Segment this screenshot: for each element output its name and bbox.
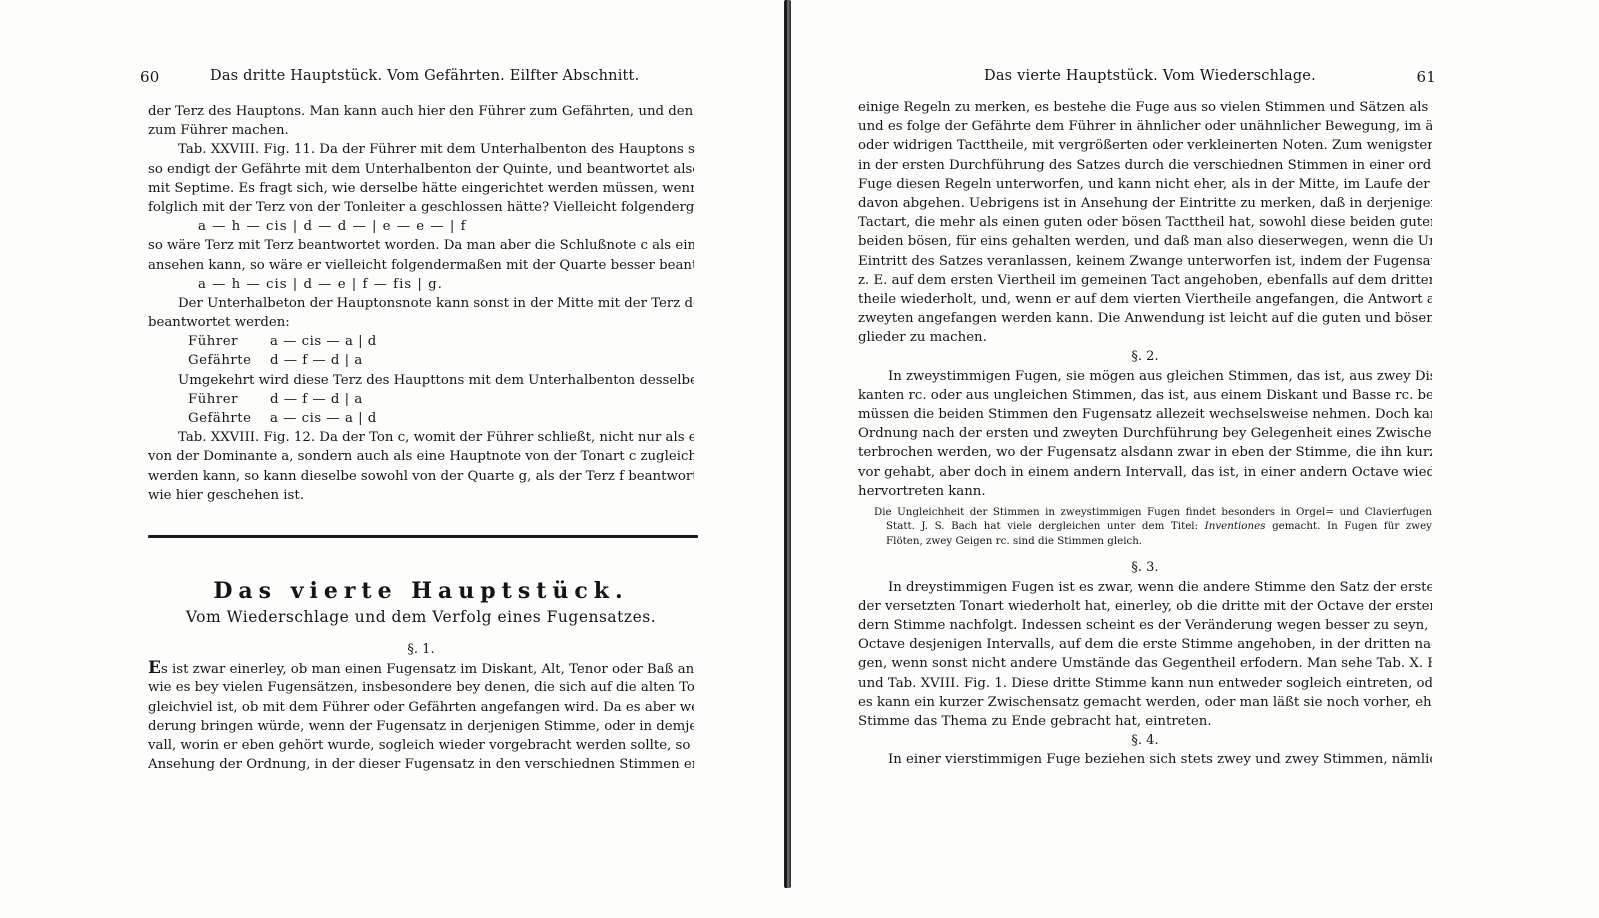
text-line: beantwortet werden: xyxy=(148,313,694,332)
voice-notes: a — cis — a | d xyxy=(270,411,377,426)
text-line: gen, wenn sonst nicht andere Umstände da… xyxy=(858,654,1432,673)
text-line: Der Unterhalbeton der Hauptonsnote kann … xyxy=(148,294,694,313)
chapter-title: Das vierte Hauptstück. xyxy=(148,578,694,604)
text-line: zum Führer machen. xyxy=(148,121,694,140)
voice-label: Gefährte xyxy=(188,351,270,370)
music-example-4-gefaehrte: Gefährtea — cis — a | d xyxy=(148,409,694,428)
voice-label: Führer xyxy=(188,332,270,351)
text-line: kanten rc. oder aus ungleichen Stimmen, … xyxy=(858,386,1432,405)
text-line: In einer vierstimmigen Fuge beziehen sic… xyxy=(858,750,1432,769)
section-mark: §. 2. xyxy=(858,347,1432,366)
text-line: derung bringen würde, wenn der Fugensatz… xyxy=(148,717,694,736)
text-line: so wäre Terz mit Terz beantwortet worden… xyxy=(148,236,694,255)
text-line: oder widrigen Tacttheile, mit vergrößert… xyxy=(858,136,1432,155)
running-head-title: Das vierte Hauptstück. Vom Wiederschlage… xyxy=(984,68,1316,84)
footnote-line: Flöten, zwey Geigen rc. sind die Stimmen… xyxy=(874,534,1432,549)
text-line: werden kann, so kann dieselbe sowohl von… xyxy=(148,467,694,486)
text-line: von der Dominante a, sondern auch als ei… xyxy=(148,447,694,466)
text-line: ansehen kann, so wäre er vielleicht folg… xyxy=(148,256,694,275)
left-running-head: 60 Das dritte Hauptstück. Vom Gefährten.… xyxy=(148,68,694,90)
footnote-line: Die Ungleichheit der Stimmen in zweystim… xyxy=(874,505,1432,520)
text-line: es kann ein kurzer Zwischensatz gemacht … xyxy=(858,693,1432,712)
page-number: 61 xyxy=(1417,68,1437,86)
page-number: 60 xyxy=(140,68,160,86)
text-line: folglich mit der Terz von der Tonleiter … xyxy=(148,198,694,217)
text-line: Tab. XXVIII. Fig. 12. Da der Ton c, womi… xyxy=(148,428,694,447)
running-head-title: Das dritte Hauptstück. Vom Gefährten. Ei… xyxy=(210,68,639,84)
right-running-head: Das vierte Hauptstück. Vom Wiederschlage… xyxy=(858,68,1432,90)
text-line: vall, worin er eben gehört wurde, soglei… xyxy=(148,736,694,755)
text-line: Stimme das Thema zu Ende gebracht hat, e… xyxy=(858,712,1432,731)
text-line: mit Septime. Es fragt sich, wie derselbe… xyxy=(148,179,694,198)
text-line: Octave desjenigen Intervalls, auf dem di… xyxy=(858,635,1432,654)
text-line: in der ersten Durchführung des Satzes du… xyxy=(858,156,1432,175)
text-line: der Terz des Hauptons. Man kann auch hie… xyxy=(148,102,694,121)
music-example-3-fuehrer: Führera — cis — a | d xyxy=(148,332,694,351)
text-line: Es ist zwar einerley, ob man einen Fugen… xyxy=(148,659,694,678)
text-line: und es folge der Gefährte dem Führer in … xyxy=(858,117,1432,136)
text-line: einige Regeln zu merken, es bestehe die … xyxy=(858,98,1432,117)
text-line: hervortreten kann. xyxy=(858,482,1432,501)
text-run: s ist zwar einerley, ob man einen Fugens… xyxy=(161,662,694,677)
book-spread: 60 Das dritte Hauptstück. Vom Gefährten.… xyxy=(0,0,1599,918)
text-run: gemacht. In Fugen für zwey xyxy=(1266,520,1432,532)
left-section-1: §. 1. Es ist zwar einerley, ob man einen… xyxy=(148,640,694,774)
voice-label: Führer xyxy=(188,390,270,409)
text-line: zweyten angefangen werden kann. Die Anwe… xyxy=(858,309,1432,328)
text-line: Fuge diesen Regeln unterworfen, und kann… xyxy=(858,175,1432,194)
book-spine-gutter xyxy=(784,0,791,888)
text-line: z. E. auf dem ersten Viertheil im gemein… xyxy=(858,271,1432,290)
text-line: Tab. XXVIII. Fig. 11. Da der Führer mit … xyxy=(148,140,694,159)
music-example-1: a — h — cis | d — d — | e — e — | f xyxy=(148,217,694,236)
footnote: Die Ungleichheit der Stimmen in zweystim… xyxy=(858,505,1432,549)
left-body-top: der Terz des Hauptons. Man kann auch hie… xyxy=(148,102,694,505)
text-line: dern Stimme nachfolgt. Indessen scheint … xyxy=(858,616,1432,635)
text-line: Ansehung der Ordnung, in der dieser Fuge… xyxy=(148,755,694,774)
voice-notes: d — f — d | a xyxy=(270,392,363,407)
section-mark: §. 4. xyxy=(858,731,1432,750)
section-mark: §. 1. xyxy=(148,640,694,659)
footnote-line: Statt. J. S. Bach hat viele dergleichen … xyxy=(874,519,1432,534)
voice-label: Gefährte xyxy=(188,409,270,428)
text-run: Statt. J. S. Bach hat viele dergleichen … xyxy=(886,520,1205,532)
initial-letter: E xyxy=(148,659,161,678)
voice-notes: a — cis — a | d xyxy=(270,334,377,349)
chapter-divider-rule xyxy=(148,535,698,538)
text-line: Ordnung nach der ersten und zweyten Durc… xyxy=(858,424,1432,443)
text-line: davon abgehen. Uebrigens ist in Ansehung… xyxy=(858,194,1432,213)
music-example-2: a — h — cis | d — e | f — fis | g. xyxy=(148,275,694,294)
text-line: beiden bösen, für eins gehalten werden, … xyxy=(858,232,1432,251)
music-example-4-fuehrer: Führerd — f — d | a xyxy=(148,390,694,409)
text-line: Umgekehrt wird diese Terz des Haupttons … xyxy=(148,371,694,390)
text-line: und Tab. XVIII. Fig. 1. Diese dritte Sti… xyxy=(858,674,1432,693)
section-mark: §. 3. xyxy=(858,558,1432,577)
chapter-subtitle: Vom Wiederschlage und dem Verfolg eines … xyxy=(148,608,694,626)
text-line: wie hier geschehen ist. xyxy=(148,486,694,505)
text-line: glieder zu machen. xyxy=(858,328,1432,347)
text-line: In dreystimmigen Fugen ist es zwar, wenn… xyxy=(858,578,1432,597)
text-line: der versetzten Tonart wiederholt hat, ei… xyxy=(858,597,1432,616)
right-body-top: einige Regeln zu merken, es bestehe die … xyxy=(858,98,1432,770)
text-line: müssen die beiden Stimmen den Fugensatz … xyxy=(858,405,1432,424)
music-example-3-gefaehrte: Gefährted — f — d | a xyxy=(148,351,694,370)
voice-notes: d — f — d | a xyxy=(270,353,363,368)
text-line: vor gehabt, aber doch in einem andern In… xyxy=(858,463,1432,482)
text-line: Tactart, die mehr als einen guten oder b… xyxy=(858,213,1432,232)
text-line: In zweystimmigen Fugen, sie mögen aus gl… xyxy=(858,367,1432,386)
text-line: so endigt der Gefährte mit dem Unterhalb… xyxy=(148,160,694,179)
text-line: Eintritt des Satzes veranlassen, keinem … xyxy=(858,252,1432,271)
text-line: theile wiederholt, und, wenn er auf dem … xyxy=(858,290,1432,309)
italic-title: Inventiones xyxy=(1205,520,1266,532)
text-line: wie es bey vielen Fugensätzen, insbesond… xyxy=(148,678,694,697)
text-line: gleichviel ist, ob mit dem Führer oder G… xyxy=(148,698,694,717)
text-line: terbrochen werden, wo der Fugensatz alsd… xyxy=(858,443,1432,462)
